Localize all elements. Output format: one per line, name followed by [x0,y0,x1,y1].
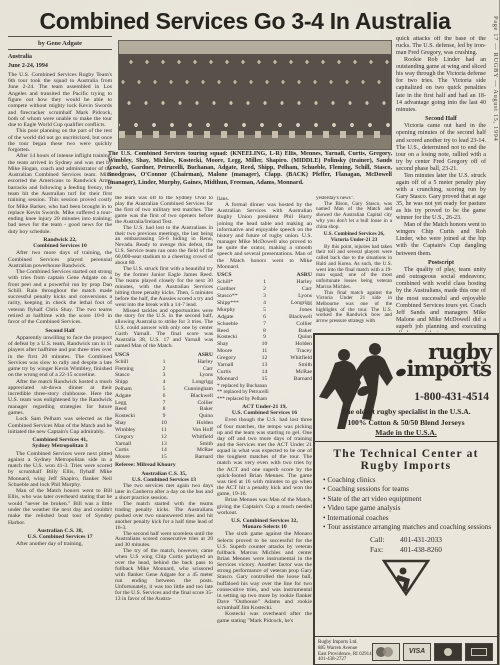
paragraph: After another day of training, [8,541,112,547]
roster-row: Pelham5Cunningham [115,386,213,393]
paragraph: The Bison, Gary Stasco, was named Man of… [316,202,392,231]
bullet-item: Coaching sessions for teams [323,485,493,494]
rugby-imports-logo: rugby imports [396,343,491,377]
jersey-number: 1 [258,279,272,286]
paragraph: Kostecki was overheard after the game st… [217,611,312,623]
roster-row: Adgate6Blackwell [115,393,213,400]
roster-row: Murphy5Jones [217,307,312,314]
contact-lines: Call:401-431-2033 Fax:401-438-8260 [315,535,497,555]
tagline: Made in the U.S.A. [315,428,497,439]
roster-row: Schill*1Harley [217,279,312,286]
jersey-number: 9 [258,334,272,341]
tagline: The oldest rugby specialist in the U.S.A… [315,407,497,418]
team-photo [118,40,392,150]
roster-row: Monnard15Barnard [217,376,312,383]
page-title: Combined Services Go 3-4 In Australia [30,8,460,35]
article-column-4: yesterday's news".The Bison, Gary Stasco… [316,196,392,332]
referee-line: Referee: Milread Khoury [115,463,213,469]
article-column-2: the team was off to the Sydney Oval to p… [115,196,213,662]
byline: by Gene Adgate [8,36,112,50]
us-player-name: Stasco [115,372,157,379]
fax-line: Fax:401-438-8260 [315,545,497,555]
asru-player-name: Barnard [272,376,313,383]
roster-right-team: ASRU [171,352,213,359]
roster-row: Gardner2Carr [217,286,312,293]
jersey-number: 12 [258,355,272,362]
column-body: the team was off to the Sydney Oval to p… [115,196,213,603]
us-player-name: Fleming [115,366,157,373]
ad-taglines: The oldest rugby specialist in the U.S.A… [315,407,497,439]
us-player-name: Moore [217,348,258,355]
match-score-heading: Australian C.S. 38, U.S. Combined Servic… [8,528,112,541]
roster-row: Schueble7Collier [217,321,312,328]
paragraph: This poor planning on the part of the re… [8,128,112,153]
match-score-heading: U.S. Combined Services 26, Victoria Unde… [316,232,392,243]
roster-left-team: USCS [217,272,258,279]
paragraph: The two services met again two days late… [115,484,213,502]
paragraph: The U.S. had lost to the Australians in … [115,226,213,267]
asru-player-name: Blackwell [171,393,213,400]
paragraph: the team was off to the Sydney Oval to p… [115,196,213,226]
match-score-heading: Second Half [8,328,112,334]
paragraph: The Combined Services were next pitted a… [8,451,112,489]
article-column-1: by Gene Adgate Australia June 2-24, 1994… [8,36,112,662]
us-player-name: Shay [115,420,157,427]
asru-player-name: Lyons [171,372,213,379]
column-body: lians.A formal dinner was hosted by the … [217,196,312,624]
asru-player-name: McRae [272,369,313,376]
asru-player-name: Baker [272,328,313,335]
jersey-number: 5 [157,386,171,393]
match-score-heading: Postscript [396,260,486,267]
rugby-imports-ad: rugby imports 1-800-431-4514 The oldest … [313,333,499,665]
us-player-name: Reed [217,328,258,335]
bullet-item: Coaching clinics [323,476,493,485]
us-player-name: Shay [217,341,258,348]
jersey-number: 5 [258,307,272,314]
newspaper-page: Combined Services Go 3-4 In Australia Pa… [0,0,500,665]
asru-player-name: Jones [272,307,313,314]
jersey-number: 11 [258,348,272,355]
article-column-5: quick attacks off the base of the rucks.… [396,36,486,332]
paragraph: The sixth game against the Monaro Select… [217,531,312,611]
paragraph: Brian Mennes was Man of the Match, givin… [217,497,312,515]
roster-row: Shipp***4Longrigg [217,300,312,307]
paragraph: By this point, injuries had taken their … [316,245,392,291]
roster-row: Stasco**3Lyons [217,293,312,300]
paragraph: The try of the match, however, came when… [115,549,213,602]
paragraph: Rookie Rob Linder had an outstanding gam… [396,57,486,114]
jersey-number: 4 [258,300,272,307]
roster-row: Curtis14McRae [217,369,312,376]
column-body: The U.S. Combined Services Rugby Team's … [8,72,112,548]
roster-row: Shipp4Longrigg [115,379,213,386]
us-player-name: Moore [115,454,157,461]
service-bullet-list: Coaching clinics Coaching sessions for t… [315,476,497,532]
us-player-name: Gregory [115,434,157,441]
jersey-number: 8 [258,328,272,335]
jersey-number: 14 [258,369,272,376]
us-player-name: Kostecki [115,413,157,420]
paragraph: The match started with the teams trading… [115,502,213,532]
asru-player-name: Collier [272,321,313,328]
substitution-note: *** replaced by Pelham [217,396,312,402]
asru-player-name: Smith [171,441,213,448]
roster-row: Fleming2Carr [115,366,213,373]
paragraph: After 14 hours of intense inflight train… [8,153,112,234]
roster-table: USCSASRUSchill1HarleyFleming2CarrStasco3… [115,352,213,461]
dateline-place: Australia [8,54,112,61]
asru-player-name: Harley [272,279,313,286]
asru-player-name: McRae [171,447,213,454]
jersey-number: 12 [157,434,171,441]
jersey-number: 10 [157,420,171,427]
paragraph: quick attacks off the base of the rucks.… [396,36,486,57]
roster-left-team: USCS [115,352,157,359]
us-player-name: Gardner [217,286,258,293]
paragraph: The U.S. struck first with a beautiful t… [115,267,213,308]
ad-footer: Rugby Imports Ltd. 885 Warren Avenue Eas… [315,637,497,665]
article-column-3: lians.A formal dinner was hosted by the … [217,196,312,662]
roster-row: Reed8Baker [217,328,312,335]
paragraph: After the match Randwick hosted a much a… [8,379,112,417]
asru-player-name: Carr [272,286,313,293]
jersey-number: 15 [258,376,272,383]
us-player-name: Schill [115,359,157,366]
us-player-name: Monnard [217,376,258,383]
match-score-heading: U.S. Combined Services 32, Monaro Select… [217,518,312,531]
bullet-item: State of the art video equiptment [323,495,493,504]
us-player-name: Wimbley [115,427,157,434]
asru-player-name: Von Hoff [171,427,213,434]
asru-player-name: Quinn [171,413,213,420]
roster-row: Moore15Barnard [115,454,213,461]
asru-player-name: Longrigg [272,300,313,307]
bullet-item: International coaches [323,514,493,523]
roster-row: Stasco3Lyons [115,372,213,379]
rugby-imports-triangle-logo [380,557,432,597]
bullet-item: Tour assistance arranging matches and co… [323,523,493,532]
visa-icon: VISA [403,643,431,661]
asru-player-name: Barnard [171,454,213,461]
asru-player-name: Baker [171,406,213,413]
match-score-heading: Australian C.S. 35, U.S. Combined Servic… [115,471,213,483]
ad-brand-section: rugby imports 1-800-431-4514 The oldest … [315,335,497,442]
photo-caption: The U.S. Combined Services touring squad… [108,151,392,193]
roster-gap [157,352,171,359]
roster-row: Schill1Harley [115,359,213,366]
roster-right-team: ASRU [272,272,313,279]
page-folio-vertical: Page 17 — RUGBY — August 15, 1994 [492,16,499,346]
tagline: 100% Cotton & 50/50 Blend Jerseys [315,418,497,429]
asru-player-name: Cunningham [171,386,213,393]
jersey-number: 8 [157,406,171,413]
us-player-name: Curtis [115,447,157,454]
roster-row: Yarnall13Smith [115,441,213,448]
match-score-heading: Second Half [396,116,486,123]
paragraph: The quality of play, team unity and outr… [396,267,486,332]
call-line: Call:401-431-2033 [315,535,497,545]
amex-icon [465,643,493,661]
asru-player-name: Whitfield [171,434,213,441]
roster-row: Wimbley11Von Hoff [115,427,213,434]
ad-phone-number: 1-800-431-4514 [414,391,489,403]
jersey-number: 13 [157,441,171,448]
jersey-number: 7 [258,321,272,328]
us-player-name: Curtis [217,369,258,376]
roster-table: USCSASRUSchill*1HarleyGardner2CarrStasco… [217,272,312,402]
us-player-name: Yarnall [217,362,258,369]
jersey-number: 14 [157,447,171,454]
paragraph: Victoria came out hard in the opening mi… [396,123,486,172]
asru-player-name: Longrigg [171,379,213,386]
us-player-name: Shipp [115,379,157,386]
jersey-number: 13 [258,362,272,369]
roster-row: Kostecki9Quinn [115,413,213,420]
company-address: Rugby Imports Ltd. 885 Warren Avenue Eas… [315,640,372,664]
us-player-name: Shipp*** [217,300,258,307]
asru-player-name: Holden [272,341,313,348]
roster-row: Reed8Baker [115,406,213,413]
us-player-name: Stasco** [217,293,258,300]
payment-card-icons: VISA [372,643,497,661]
column-body: quick attacks off the base of the rucks.… [396,36,486,332]
match-score-heading: Combined Services 41, Sydney Metropolita… [8,437,112,450]
asru-player-name: Blackwell [272,314,313,321]
roster-row: Legg7Collier [115,400,213,407]
rugby-ball-icon [395,368,407,378]
us-player-name: Schill* [217,279,258,286]
paragraph: After two more days of training, the Com… [8,250,112,269]
jersey-number: 3 [157,372,171,379]
mastercard-icon [372,643,400,661]
paragraph: The second half went scoreless until the… [115,532,213,550]
roster-row: Curtis14McRae [115,447,213,454]
paragraph: Ten minutes later the U.S. struck again … [396,173,486,222]
paragraph: This final match against the Victoria Un… [316,291,392,325]
us-player-name: Yarnall [115,441,157,448]
us-player-name: Kostecki [217,334,258,341]
jersey-number: 1 [157,359,171,366]
jersey-number: 2 [157,366,171,373]
paragraph: The Combined Services started out strong… [8,269,112,325]
match-score-heading: ACT Under-21 19, U.S. Combined Services … [217,404,312,417]
asru-player-name: Lyons [272,293,313,300]
us-player-name: Reed [115,406,157,413]
roster-row: Gregory12Whitfield [115,434,213,441]
roster-header-row: USCSASRU [115,352,213,359]
ad-technical-center-section: The Technical Center at Rugby Imports Co… [315,448,497,637]
us-player-name: Adgate [115,393,157,400]
asru-player-name: Holden [171,420,213,427]
jersey-number: 10 [258,341,272,348]
technical-center-heading: The Technical Center at Rugby Imports [315,448,497,472]
roster-row: Yarnall13Smith [217,362,312,369]
paragraph: Missed tackles and opportunities were th… [115,309,213,350]
match-score-heading: Randwick 22, Combined Services 10 [8,237,112,250]
paragraph: Even though the U.S. had lost three of f… [217,417,312,497]
asru-player-name: Carr [171,366,213,373]
roster-row: Shay10Holden [115,420,213,427]
logo-word-imports: imports [396,360,491,377]
us-player-name: Pelham [115,386,157,393]
paragraph: The U.S. Combined Services Rugby Team's … [8,72,112,128]
asru-player-name: Smith [272,362,313,369]
jersey-number: 7 [157,400,171,407]
paragraph: Lock Sam Pelham was selected as the Comb… [8,416,112,435]
column-body: yesterday's news".The Bison, Gary Stasco… [316,196,392,325]
dateline-date: June 2-24, 1994 [8,63,112,70]
asru-player-name: Whitfield [272,355,313,362]
roster-row: Adgate6Blackwell [217,314,312,321]
jersey-number: 3 [258,293,272,300]
us-player-name: Gregory [217,355,258,362]
us-player-name: Adgate [217,314,258,321]
jersey-number: 6 [258,314,272,321]
paragraph: A formal dinner was hosted by the Austra… [217,202,312,270]
paragraph: Apparently unwilling to face the prospec… [8,335,112,379]
bullet-item: Video tape game analysis [323,504,493,513]
jersey-number: 6 [157,393,171,400]
asru-player-name: Quinn [272,334,313,341]
paragraph: Man of the Match honors went to Bill Ell… [8,488,112,526]
jersey-number: 15 [157,454,171,461]
jersey-number: 2 [258,286,272,293]
us-player-name: Schueble [217,321,258,328]
us-player-name: Murphy [217,307,258,314]
roster-row: Gregory12Whitfield [217,355,312,362]
roster-gap [258,272,272,279]
roster-row: Shay10Holden [217,341,312,348]
jersey-number: 11 [157,427,171,434]
roster-header-row: USCSASRU [217,272,312,279]
roster-row: Kostecki9Quinn [217,334,312,341]
us-player-name: Legg [115,400,157,407]
jersey-number: 4 [157,379,171,386]
asru-player-name: Collier [171,400,213,407]
jersey-number: 9 [157,413,171,420]
asru-player-name: Harley [171,359,213,366]
paragraph: Man of the Match honors went to wingers … [396,222,486,257]
discover-icon [434,643,462,661]
